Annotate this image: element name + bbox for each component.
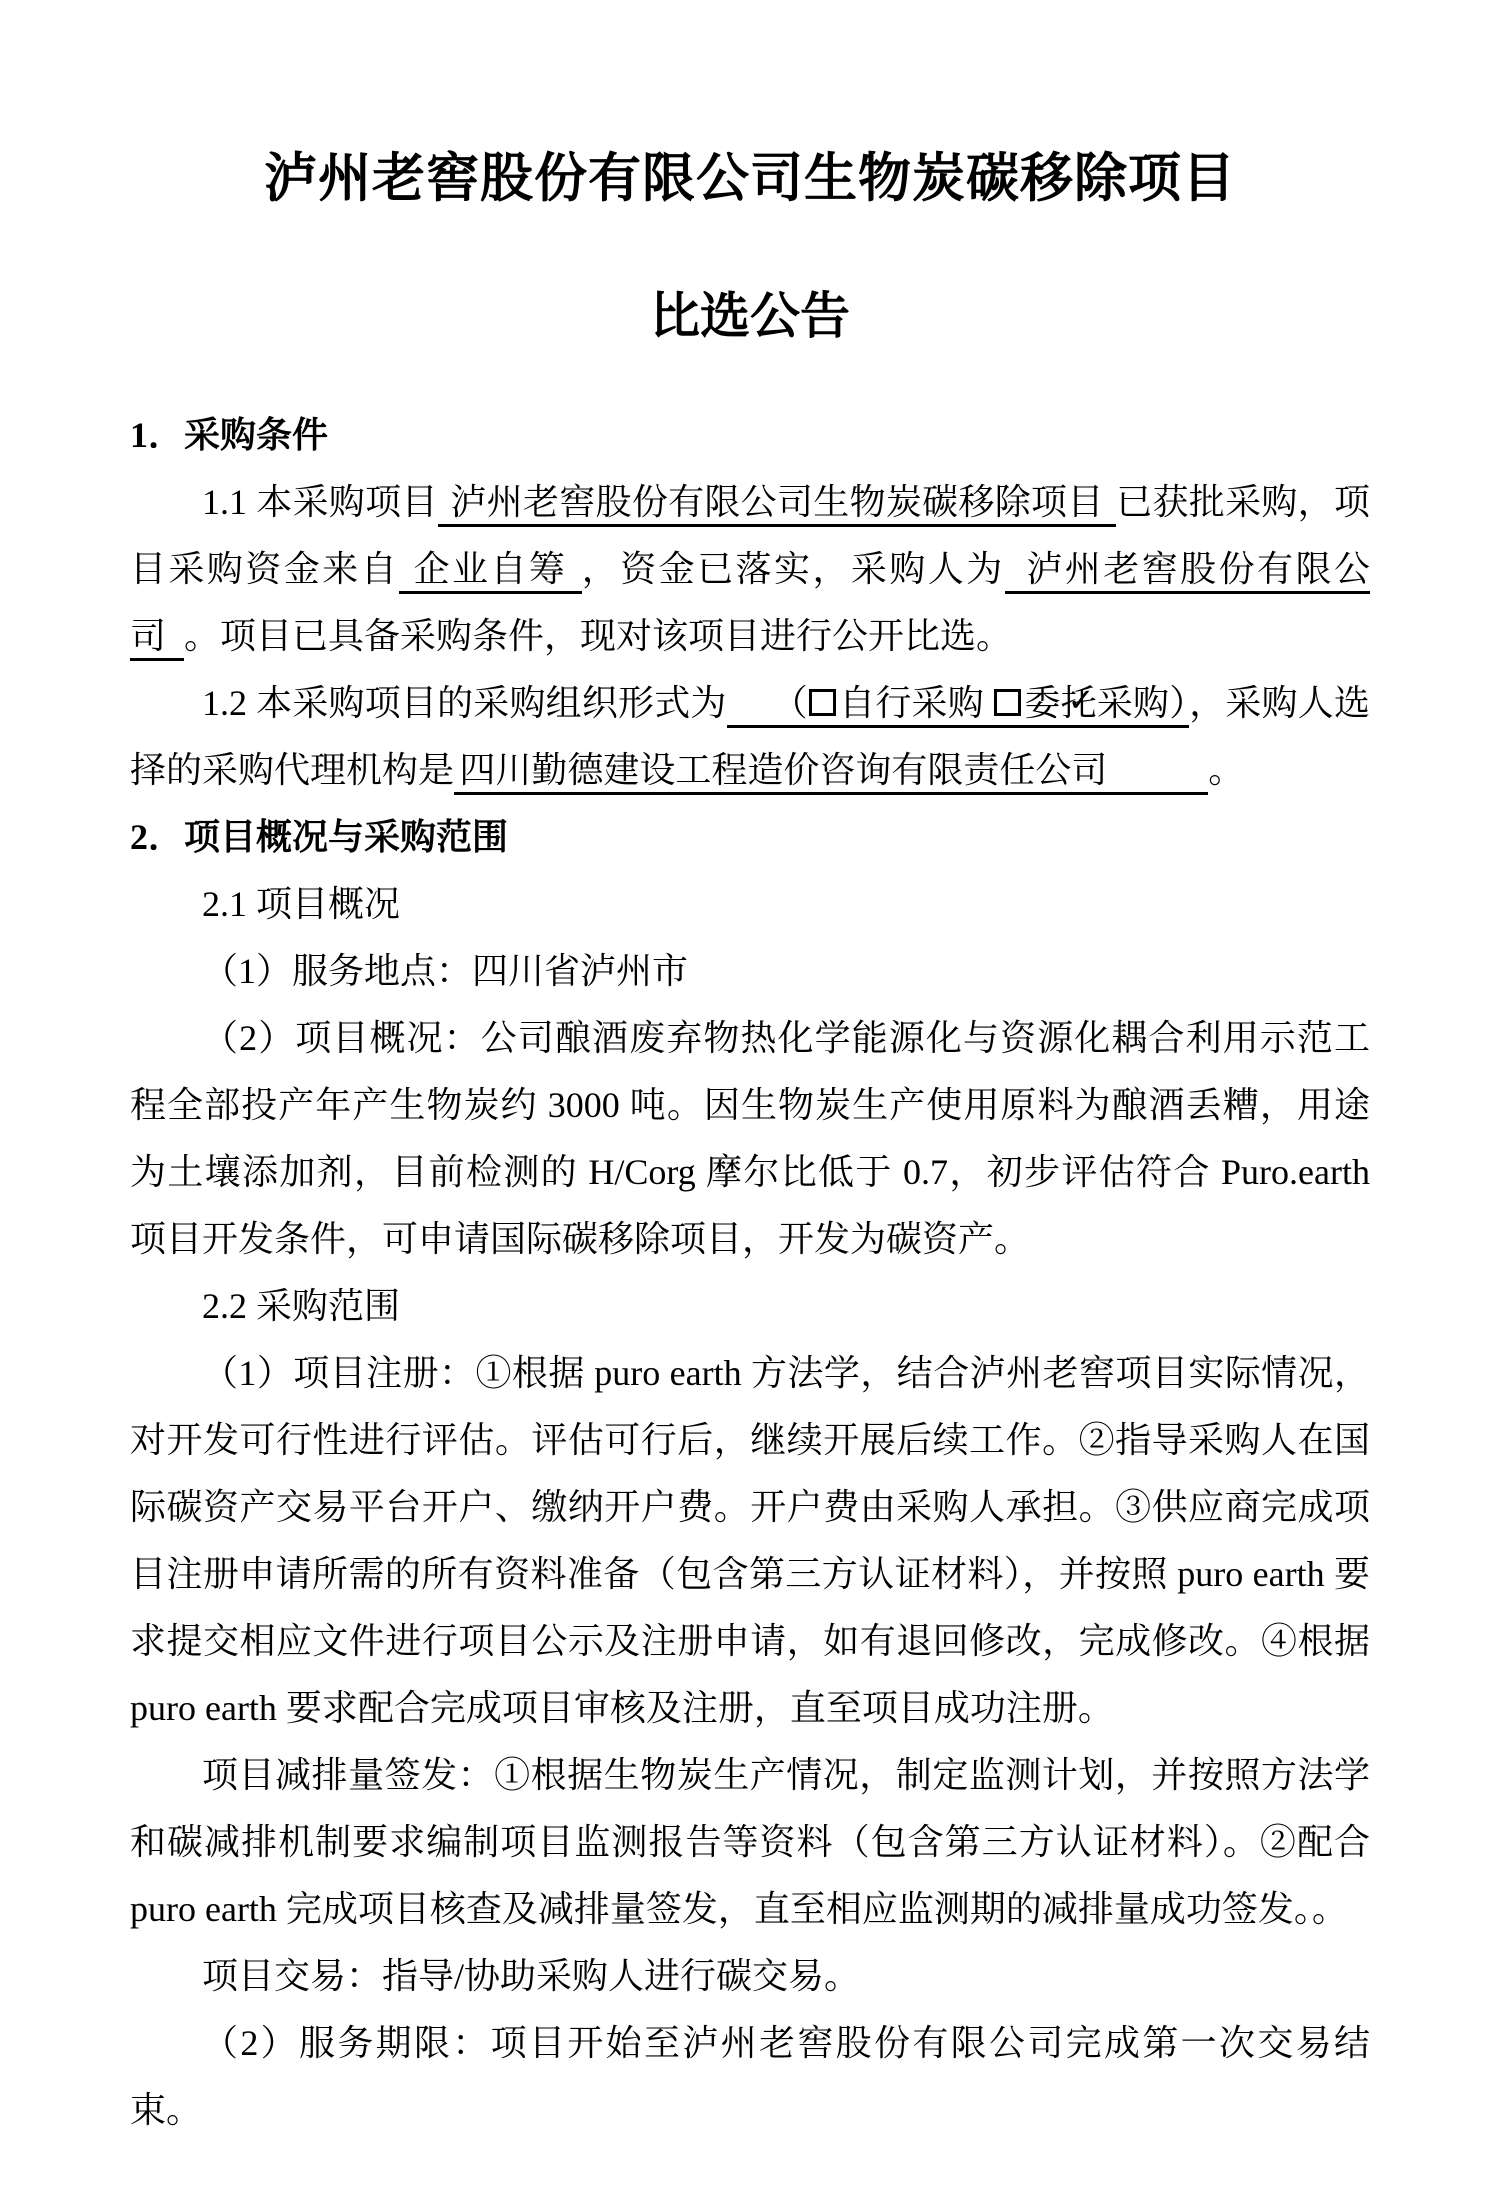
paragraph-emission-reduction-issuance: 项目减排量签发：①根据生物炭生产情况，制定监测计划，并按照方法学和碳减排机制要求… xyxy=(130,1742,1370,1943)
fill-in-project-name: 泸州老窖股份有限公司生物炭碳移除项目 xyxy=(438,482,1116,527)
checkbox-checked-icon: ✓ xyxy=(994,689,1022,717)
document-body: 1．采购条件 1.1 本采购项目泸州老窖股份有限公司生物炭碳移除项目已获批采购，… xyxy=(130,402,1370,2144)
section-1-heading: 1．采购条件 xyxy=(130,402,1370,469)
document-title: 泸州老窖股份有限公司生物炭碳移除项目 xyxy=(130,148,1370,210)
fill-in-procurement-form: （自行采购 ✓委托采购） xyxy=(727,683,1190,728)
paragraph-service-location: （1）服务地点：四川省泸州市 xyxy=(130,938,1370,1005)
paragraph-service-duration: （2）服务期限：项目开始至泸州老窖股份有限公司完成第一次交易结束。 xyxy=(130,2010,1370,2144)
subsection-2-2-heading: 2.2 采购范围 xyxy=(130,1273,1370,1340)
paragraph-project-trading: 项目交易：指导/协助采购人进行碳交易。 xyxy=(130,1943,1370,2010)
text-run: 。 xyxy=(1208,750,1244,790)
fill-in-agency-name: 四川勤德建设工程造价咨询有限责任公司 xyxy=(454,750,1208,795)
text-run: 1.1 本采购项目 xyxy=(202,482,438,522)
text-run: 1.2 本采购项目的采购组织形式为 xyxy=(202,683,727,723)
document-subtitle: 比选公告 xyxy=(130,286,1370,346)
fill-in-funding-source: 企业自筹 xyxy=(399,549,582,594)
checkbox-unchecked-icon xyxy=(809,689,837,717)
text-run: 。项目已具备采购条件，现对该项目进行公开比选。 xyxy=(184,616,1012,656)
paragraph-1-1: 1.1 本采购项目泸州老窖股份有限公司生物炭碳移除项目已获批采购，项目采购资金来… xyxy=(130,469,1370,670)
subsection-2-1-heading: 2.1 项目概况 xyxy=(130,871,1370,938)
document-page: 泸州老窖股份有限公司生物炭碳移除项目 比选公告 1．采购条件 1.1 本采购项目… xyxy=(0,0,1500,2196)
paragraph-project-registration: （1）项目注册：①根据 puro earth 方法学，结合泸州老窖项目实际情况，… xyxy=(130,1340,1370,1742)
checkbox-option-label: 自行采购 xyxy=(839,683,993,723)
paragraph-project-overview: （2）项目概况：公司酿酒废弃物热化学能源化与资源化耦合利用示范工程全部投产年产生… xyxy=(130,1005,1370,1273)
paragraph-1-2: 1.2 本采购项目的采购组织形式为（自行采购 ✓委托采购），采购人选择的采购代理… xyxy=(130,670,1370,804)
text-run: （ xyxy=(772,683,808,723)
text-run: ） xyxy=(1169,683,1187,723)
text-run: ，资金已落实，采购人为 xyxy=(582,549,1005,589)
check-icon: ✓ xyxy=(996,684,1095,716)
section-2-heading: 2．项目概况与采购范围 xyxy=(130,804,1370,871)
